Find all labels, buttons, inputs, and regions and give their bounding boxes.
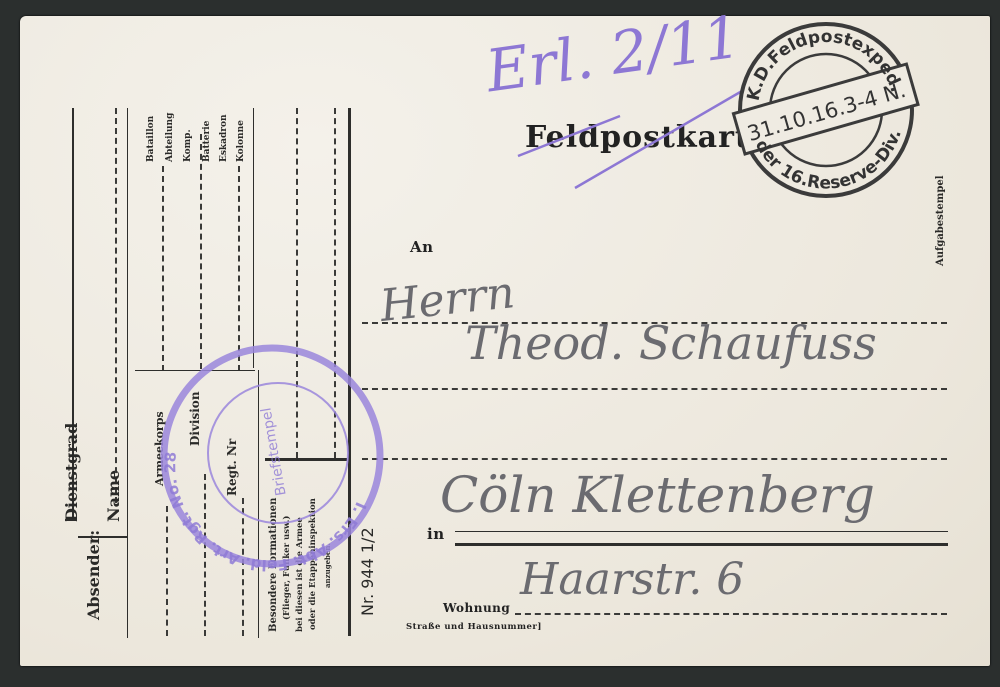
in-label: in bbox=[427, 525, 445, 543]
postmark-stamp: 31.10.16.3-4 N. K.D.Feldpostexped. der 1… bbox=[730, 18, 930, 203]
sender-line-2 bbox=[115, 108, 117, 503]
city-handwriting: Cöln Klettenberg bbox=[440, 466, 875, 524]
feldpostkarte-card: Feldpostkarte Erl. 2/11 31.10.16.3-4 N. … bbox=[20, 16, 990, 666]
an-label: An bbox=[410, 238, 434, 256]
city-underline-bold bbox=[455, 543, 948, 546]
dienstgrad-label: Dienstgrad bbox=[62, 423, 81, 522]
dienstgrad-tick bbox=[65, 519, 77, 521]
unit-eskadron: Eskadron bbox=[219, 114, 229, 162]
unit-line-4 bbox=[253, 108, 254, 368]
unit-abteilung: Abteilung bbox=[165, 113, 175, 162]
address-line-2 bbox=[362, 388, 947, 390]
wohnung-line bbox=[515, 613, 947, 615]
unit-bataillon: Bataillon bbox=[146, 116, 156, 162]
svg-text:I. Ers. Abt. Feld. Art. Rgt. N: I. Ers. Abt. Feld. Art. Rgt. No. 28 bbox=[161, 451, 370, 574]
svg-text:Briefstempel: Briefstempel bbox=[258, 406, 289, 497]
city-underline bbox=[455, 531, 948, 532]
recipient-name-handwriting: Theod. Schaufuss bbox=[465, 316, 877, 370]
wohnung-sublabel: Straße und Hausnummer] bbox=[406, 622, 542, 632]
name-tick bbox=[78, 536, 128, 538]
street-handwriting: Haarstr. 6 bbox=[520, 554, 744, 605]
absender-label: Absender: bbox=[84, 530, 103, 620]
aufgabestempel-label: Aufgabestempel bbox=[935, 175, 946, 266]
sender-line-3 bbox=[127, 108, 128, 638]
unit-kolonne: Kolonne bbox=[236, 120, 246, 162]
unit-komp: Komp. bbox=[183, 129, 193, 162]
censor-stamp: I. Ers. Abt. Feld. Art. Rgt. No. 28 Brie… bbox=[152, 341, 402, 571]
wohnung-label: Wohnung bbox=[443, 601, 510, 615]
address-line-3 bbox=[362, 458, 947, 460]
name-label: Name bbox=[104, 470, 123, 522]
unit-line-2 bbox=[200, 134, 202, 369]
unit-batterie: Batterie bbox=[202, 121, 212, 162]
